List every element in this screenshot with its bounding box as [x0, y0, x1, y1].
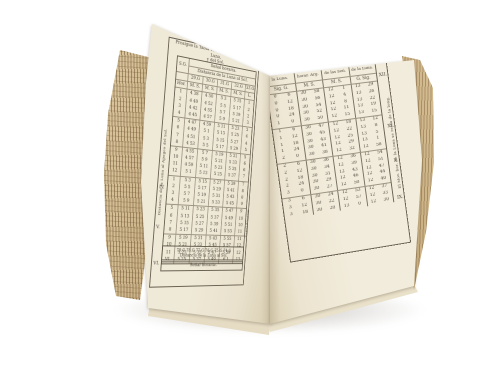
table-cell: 5 33	[208, 199, 223, 207]
table-cell: 30	[312, 206, 327, 215]
roman-numeral-v: V.	[156, 225, 160, 230]
table-cell: 9	[236, 201, 246, 208]
table-cell: 4	[166, 197, 178, 205]
left-table-footer-box: 79.G 78.G 77.G 76.G 75.G 74.G Distancia …	[161, 245, 244, 260]
table-cell: 7	[238, 174, 248, 181]
table-cell: 5 45	[222, 200, 236, 208]
table-cell: 30	[379, 196, 393, 205]
left-table-footer-senal: Señal horaria.	[160, 261, 243, 271]
table-cell: 5 25	[210, 171, 225, 179]
table-cell: 11	[234, 229, 244, 236]
table-cell: 8	[171, 138, 183, 146]
table-cell: 13	[339, 202, 353, 211]
table-cell: 3	[284, 211, 299, 220]
roman-numeral-vi: VI.	[153, 261, 160, 266]
table-cell: 5 53	[220, 228, 235, 235]
right-table-main: Anom. var. de la Luna.Movimiento horar. …	[265, 59, 395, 219]
table-cell: 5 9	[178, 198, 194, 206]
table-cell: 20	[325, 204, 339, 213]
table-cell: 5	[240, 146, 250, 154]
table-cell: 5 1	[180, 168, 196, 176]
table-cell: 5 29	[191, 227, 206, 234]
right-table-frame: Anom. var. de la Luna.Movimiento horar. …	[264, 57, 411, 263]
table-cell: 8	[164, 226, 176, 233]
roman-numeral-ix: IX.	[397, 195, 404, 201]
table-cell: 12	[169, 167, 181, 175]
right-page-table: Tabla 19. del movimiento horario, segun,…	[262, 44, 411, 263]
right-table-body: 0630581211329012305612413260183054128132…	[268, 81, 394, 219]
left-footer-line2: Distancia de la Luna al Sol.	[162, 253, 243, 259]
table-cell: 5 17	[175, 227, 191, 234]
roman-numeral-xii: XII.	[379, 72, 388, 78]
table-cell: 5 21	[193, 198, 208, 206]
table-cell: 5 37	[224, 173, 238, 181]
right-page: Tabla 19. del movimiento horario, segun,…	[266, 56, 424, 326]
left-page-table: Prosigue la Tabla 18. de la Distancia de…	[149, 37, 260, 288]
table-cell: 0	[353, 200, 367, 209]
table-cell: 12	[366, 198, 380, 207]
table-cell: 18	[298, 209, 313, 218]
book-photo-scene: Prosigue la Tabla 18. de la Distancia de…	[0, 0, 500, 375]
left-inner-table: S.G. Señal horaria. Distancia de la Luna…	[161, 55, 257, 264]
left-page: Prosigue la Tabla 18. de la Distancia de…	[140, 22, 275, 327]
roman-numeral-iv: IV.	[159, 185, 165, 190]
table-cell: 5 41	[206, 228, 221, 235]
left-table-body: 14 384 505 35 15124 404 525 55 17234 424…	[162, 88, 254, 263]
table-cell: 5 13	[195, 170, 210, 178]
